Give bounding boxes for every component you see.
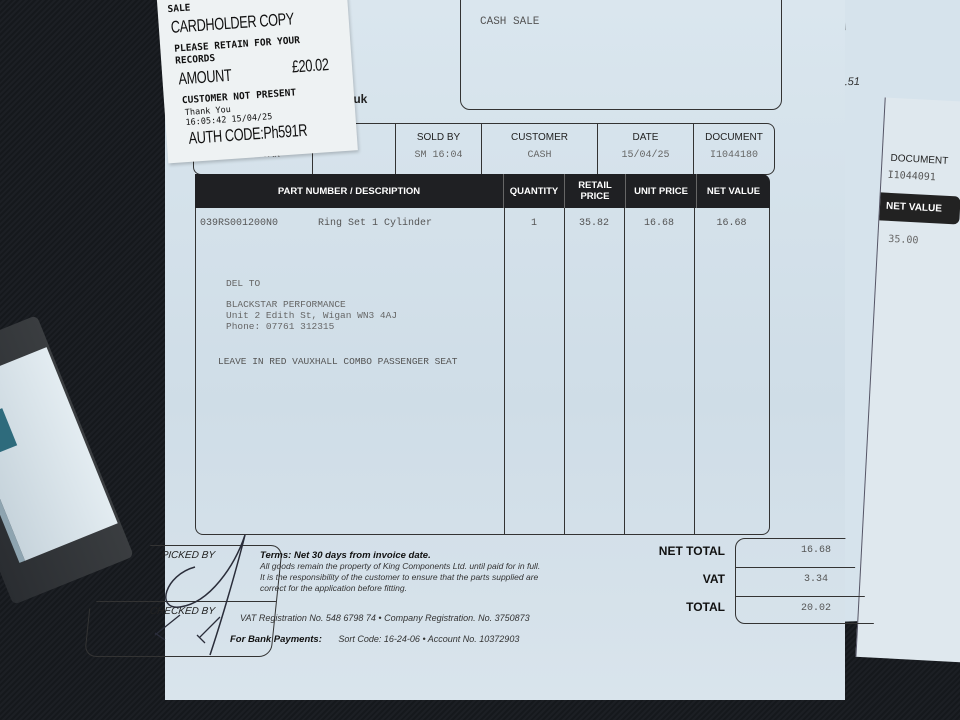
part-description: Ring Set 1 Cylinder [318,218,504,229]
receipt-retain-note-1: PLEASE RETAIN FOR YOUR [174,35,300,55]
back-net-value: 35.00 [888,234,919,247]
delivery-phone: Phone: 07761 312315 [226,321,397,332]
bank-payments: For Bank Payments: Sort Code: 16-24-06 •… [230,634,519,645]
card-stripe [0,408,17,456]
receipt-amount-value: £20.02 [291,55,329,78]
receipt-amount-label: AMOUNT [178,66,232,90]
part-number: 039RS001200N0 [196,218,318,229]
back-document-value: I1044091 [887,170,936,184]
col-part-description: PART NUMBER / DESCRIPTION [195,174,503,208]
receipt-retain-note-2: RECORDS [175,53,216,67]
terms-title: Terms: Net 30 days from invoice date. [260,550,640,561]
customer-address-label: Customer Address: [465,0,559,2]
header-cell-date: DATE 15/04/25 [598,124,694,174]
table-body: 039RS001200N0 Ring Set 1 Cylinder 1 35.8… [195,208,770,535]
table-row: 039RS001200N0 Ring Set 1 Cylinder 1 35.8… [196,218,769,229]
header-cell-customer: CUSTOMER CASH [482,124,598,174]
registration-numbers: VAT Registration No. 548 6798 74 • Compa… [240,613,530,623]
delivery-name: BLACKSTAR PERFORMANCE [226,299,397,310]
bank-label: For Bank Payments: [230,634,322,645]
delivery-label: DEL TO [226,278,397,289]
col-unit-price: UNIT PRICE [625,174,696,208]
total-label: TOTAL [635,600,725,614]
customer-address-value: CASH SALE [480,16,539,28]
retail-price: 35.82 [564,218,624,229]
terms-text: Terms: Net 30 days from invoice date. Al… [260,550,640,594]
unit-price: 16.68 [624,218,694,229]
vat-label: VAT [635,572,725,586]
line-items-table: PART NUMBER / DESCRIPTION QUANTITY RETAI… [195,174,770,534]
back-document-header: DOCUMENT [890,153,948,167]
back-net-value-header: NET VALUE [879,192,960,224]
bank-details: Sort Code: 16-24-06 • Account No. 103729… [338,634,519,644]
delivery-note: LEAVE IN RED VAUXHALL COMBO PASSENGER SE… [218,356,457,367]
table-header: PART NUMBER / DESCRIPTION QUANTITY RETAI… [195,174,770,208]
net-total-label: NET TOTAL [635,544,725,558]
card-receipt: KEYED SALE CARDHOLDER COPY PLEASE RETAIN… [156,0,358,163]
delivery-street: Unit 2 Edith St, Wigan WN3 4AJ [226,310,397,321]
delivery-address: DEL TO BLACKSTAR PERFORMANCE Unit 2 Edit… [226,278,397,332]
quantity: 1 [504,218,564,229]
col-retail-price: RETAIL PRICE [564,174,625,208]
col-net-value: NET VALUE [696,174,770,208]
header-cell-sold-by: SOLD BY SM 16:04 [396,124,482,174]
receipt-sale-type: SALE [167,3,191,16]
receipt-presence: CUSTOMER NOT PRESENT [182,87,297,106]
col-quantity: QUANTITY [503,174,564,208]
header-cell-document: DOCUMENT I1044180 [694,124,774,174]
net-value: 16.68 [694,218,769,229]
